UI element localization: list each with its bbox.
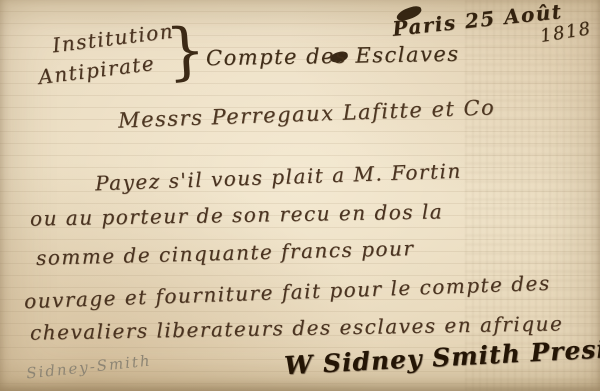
curly-brace: }	[164, 13, 208, 89]
body-line-4: ouvrage et fourniture fait pour le compt…	[24, 271, 551, 313]
letter-document: Paris 25 Août 1818 Institution Antipirat…	[0, 0, 600, 391]
body-line-1: Payez s'il vous plait a M. Fortin	[95, 159, 462, 196]
addressee-line: Messrs Perregaux Lafitte et Co	[118, 95, 496, 132]
signature: W Sidney Smith Presidt	[283, 333, 600, 380]
pencil-annotation: Sidney-Smith	[25, 351, 152, 382]
dateline-place-date: Paris 25 Août	[391, 0, 563, 41]
account-title: Compte des Esclaves	[206, 42, 460, 70]
institution-name-line1: Institution	[51, 19, 175, 58]
body-line-5: chevaliers liberateurs des esclaves en a…	[30, 311, 564, 344]
body-line-3: somme de cinquante francs pour	[36, 236, 415, 270]
body-line-2: ou au porteur de son recu en dos la	[30, 199, 444, 230]
